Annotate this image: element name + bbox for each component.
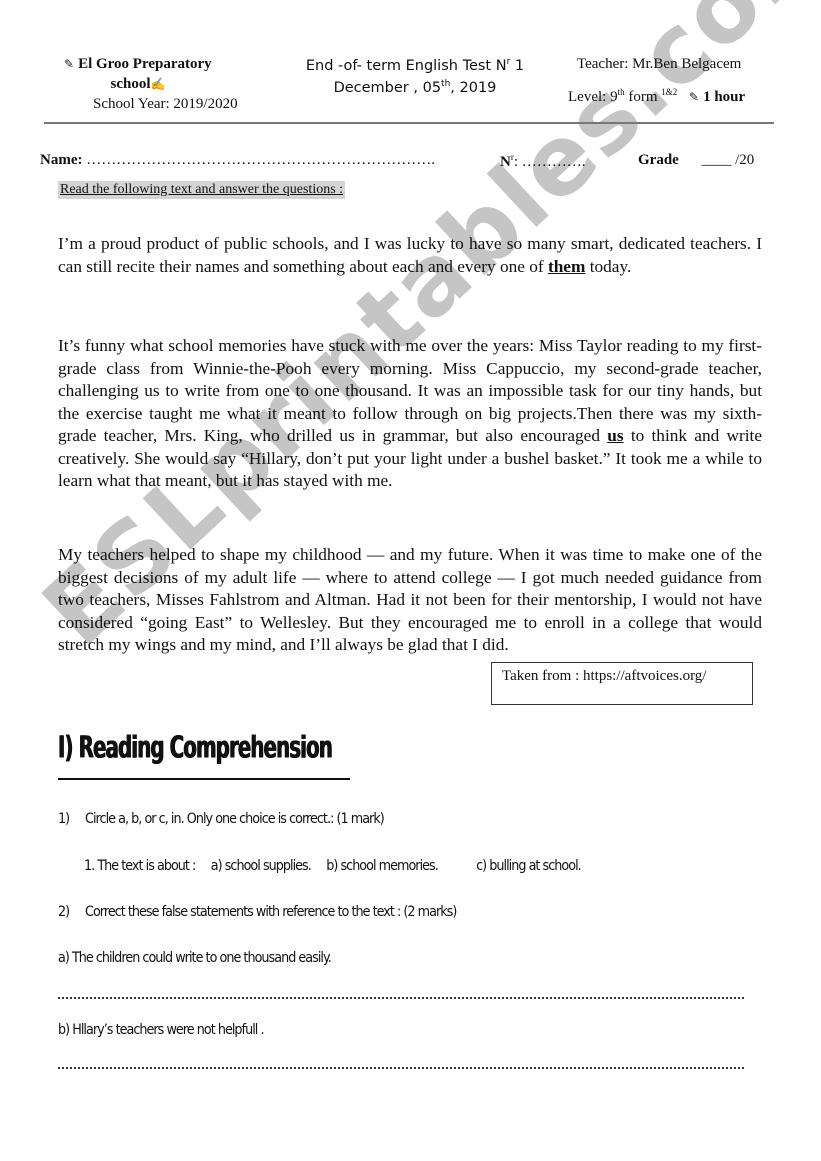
- statement-a: a) The children could write to one thous…: [58, 950, 331, 966]
- teacher-info: Teacher: Mr.Ben Belgacem Level: 9th form…: [560, 54, 780, 107]
- answer-line-a[interactable]: [58, 997, 744, 999]
- test-date: December , 05th, 2019: [270, 77, 560, 99]
- school-name-line2: school✍: [60, 74, 220, 94]
- source-citation: Taken from : https://aftvoices.org/: [491, 662, 753, 705]
- reading-instruction: Read the following text and answer the q…: [58, 181, 345, 199]
- highlighted-word-them: them: [548, 257, 585, 276]
- duration: 1 hour: [703, 89, 745, 105]
- name-field[interactable]: …………………………………………………………….: [86, 152, 435, 168]
- level-info: Level: 9th form 1&2 ✎1 hour: [560, 87, 780, 107]
- option-a[interactable]: a) school supplies.: [211, 858, 311, 874]
- teacher-name: Teacher: Mr.Ben Belgacem: [560, 54, 780, 74]
- text-paragraph-1: I’m a proud product of public schools, a…: [58, 233, 762, 278]
- school-year: School Year: 2019/2020: [60, 94, 280, 114]
- pen-icon: ✎: [689, 90, 699, 104]
- question-1-item: 1. The text is about : a) school supplie…: [84, 858, 581, 874]
- question-1: 1)Circle a, b, or c, in. Only one choice…: [58, 811, 384, 827]
- statement-b: b) Hllary’s teachers were not helpfull .: [58, 1022, 264, 1038]
- answer-line-b[interactable]: [58, 1067, 744, 1069]
- option-c[interactable]: c) bulling at school.: [476, 858, 581, 874]
- school-name-line1: ✎El Groo Preparatory: [60, 54, 280, 74]
- test-title-block: End -of- term English Test Nr 1 December…: [270, 55, 560, 99]
- text-paragraph-3: My teachers helped to shape my childhood…: [58, 544, 762, 657]
- test-title: End -of- term English Test Nr 1: [270, 55, 560, 77]
- number-field[interactable]: Nr: ………….: [500, 152, 586, 171]
- writing-hand-icon: ✍: [151, 77, 166, 91]
- question-2: 2)Correct these false statements with re…: [58, 904, 456, 920]
- grade-field: Grade ____ /20: [638, 152, 754, 169]
- section-underline: [58, 778, 350, 780]
- name-label: Name:: [40, 152, 82, 168]
- pen-icon: ✎: [64, 57, 74, 71]
- text-paragraph-2: It’s funny what school memories have stu…: [58, 335, 762, 493]
- option-b[interactable]: b) school memories.: [326, 858, 438, 874]
- highlighted-word-us: us: [607, 426, 623, 445]
- header-divider: [44, 122, 774, 124]
- school-info: ✎El Groo Preparatory school✍ School Year…: [60, 54, 280, 114]
- student-info-row: Name: ……………………………………………………………. Nr: ………….…: [40, 152, 770, 169]
- section-title: I) Reading Comprehension: [58, 730, 332, 785]
